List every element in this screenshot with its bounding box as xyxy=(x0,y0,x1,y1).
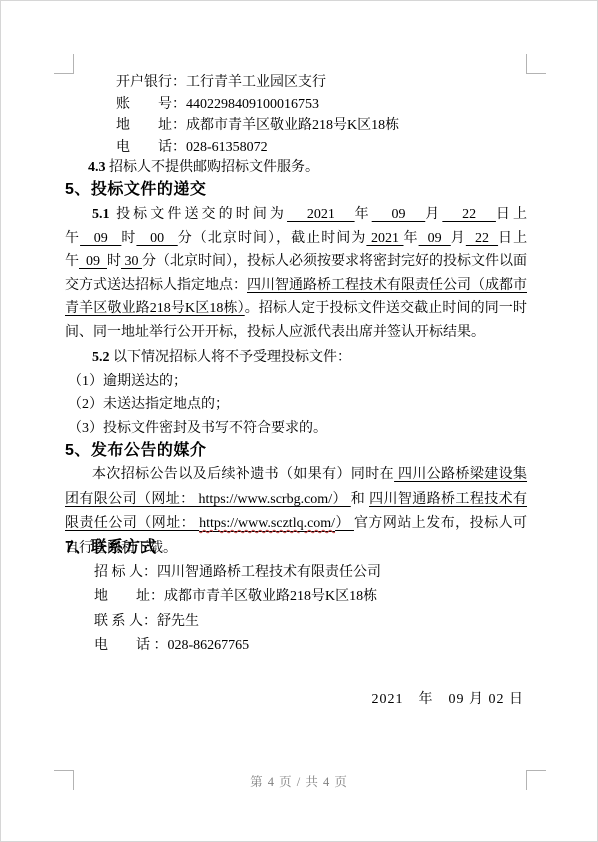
text-run: 月 xyxy=(451,231,466,246)
section-7-heading: 7、联系方式 xyxy=(65,538,157,557)
section-6-heading: 5、发布公告的媒介 xyxy=(65,441,206,460)
phone-line: 电 话 ：028-86267765 xyxy=(94,634,381,658)
text-run: 投标文件送交的时间为 xyxy=(116,207,287,222)
document-page: 开户银行：工行青羊工业园区支行 账 号：4402298409100016753 … xyxy=(0,0,598,842)
paragraph-5-1: 5.1 投标文件送交的时间为 2021 年 09 月 22 日上午 09 时 0… xyxy=(65,203,527,345)
text-run: 和 xyxy=(351,492,369,507)
text-run: 09 xyxy=(80,231,121,246)
text-run: 分（北京时间），截止时间为 xyxy=(178,231,367,246)
text-run: 本次招标公告以及后续补遗书（如果有）同时在 xyxy=(92,467,394,482)
bank-address-line: 地 址：成都市青羊区敬业路218号K区18栋 xyxy=(116,115,399,137)
text-run: 年 xyxy=(355,207,372,222)
bank-phone-line: 电 话：028-61358072 xyxy=(116,137,399,159)
text-run: 4.3 xyxy=(88,160,109,175)
bank-info-block: 开户银行：工行青羊工业园区支行 账 号：4402298409100016753 … xyxy=(116,72,399,158)
account-number-line: 账 号：4402298409100016753 xyxy=(116,94,399,116)
text-run: 以下情况招标人将不予受理投标文件： xyxy=(113,350,351,365)
clause-4-3: 4.3 招标人不提供邮购招标文件服务。 xyxy=(88,157,319,178)
section-5-heading: 5、投标文件的递交 xyxy=(65,180,206,199)
paragraph-5-2: 5.2 以下情况招标人将不予受理投标文件： xyxy=(65,347,527,368)
text-run: 5.1 xyxy=(92,207,116,222)
text-run: 2021 xyxy=(366,231,403,246)
page-number-footer: 第 4 页 / 共 4 页 xyxy=(1,772,597,790)
contact-info-block: 招 标 人：四川智通路桥工程技术有限责任公司 地 址：成都市青羊区敬业路218号… xyxy=(94,561,381,658)
contact-person-line: 联 系 人：舒先生 xyxy=(94,610,381,634)
address-line: 地 址：成都市青羊区敬业路218号K区18栋 xyxy=(94,585,381,609)
list-item: （2）未送达指定地点的； xyxy=(68,393,327,416)
text-run: 22 xyxy=(466,231,498,246)
text-run: https://www.scztlq.com/ xyxy=(199,516,335,532)
text-run: 00 xyxy=(136,231,177,246)
tenderee-line: 招 标 人：四川智通路桥工程技术有限责任公司 xyxy=(94,561,381,585)
text-run: 年 xyxy=(404,231,419,246)
text-run: 30 xyxy=(121,254,142,269)
text-run: 招标人不提供邮购招标文件服务。 xyxy=(109,160,319,175)
margin-crop-mark-top-right xyxy=(526,54,546,74)
margin-crop-mark-top-left xyxy=(54,54,74,74)
text-run: 月 xyxy=(425,207,442,222)
list-item: （1）逾期送达的； xyxy=(68,370,327,393)
text-run: 09 xyxy=(372,207,426,222)
rejection-items-list: （1）逾期送达的； （2）未送达指定地点的； （3）投标文件密封及书写不符合要求… xyxy=(68,370,327,440)
text-run: ） xyxy=(335,516,354,531)
text-run: 09 xyxy=(79,254,107,269)
text-run: 时 xyxy=(121,231,136,246)
bank-name-line: 开户银行：工行青羊工业园区支行 xyxy=(116,72,399,94)
list-item: （3）投标文件密封及书写不符合要求的。 xyxy=(68,417,327,440)
text-run: 5.2 xyxy=(92,350,113,365)
text-run: 2021 xyxy=(287,207,355,222)
text-run: 22 xyxy=(442,207,496,222)
document-date: 2021 年 09 月 02 日 xyxy=(65,688,524,708)
text-run: 时 xyxy=(107,254,121,269)
text-run: 09 xyxy=(419,231,451,246)
